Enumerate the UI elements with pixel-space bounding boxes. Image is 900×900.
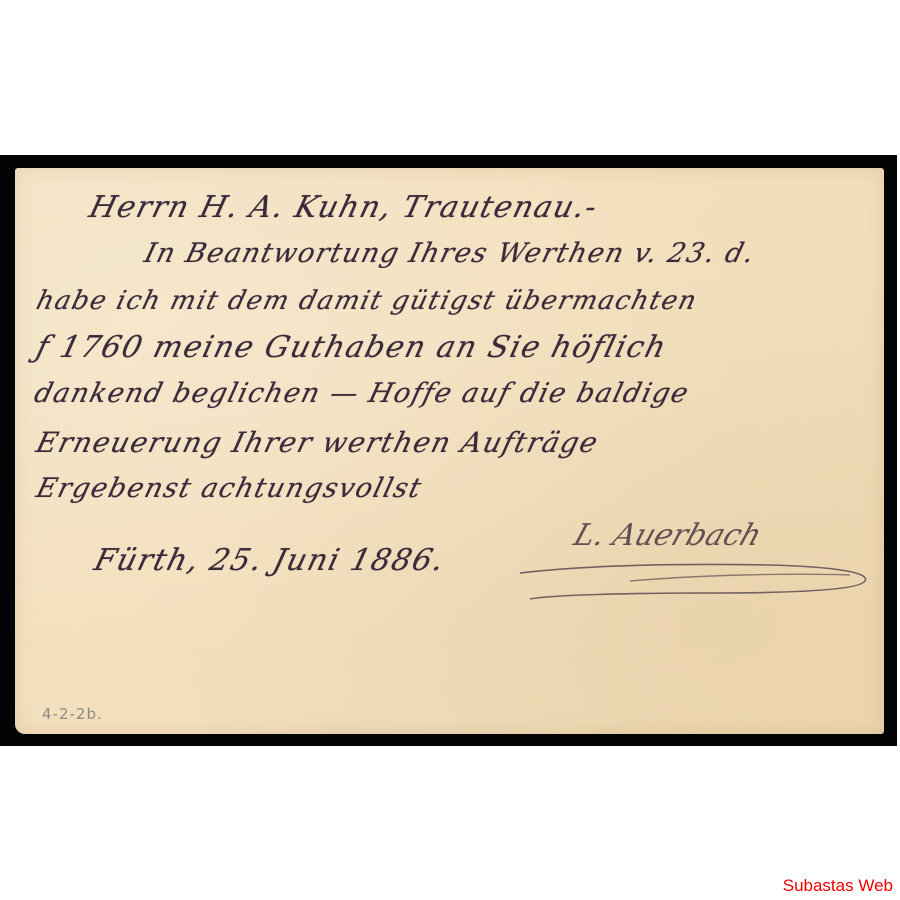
- postcard: Herrn H. A. Kuhn, Trautenau.- In Beantwo…: [15, 168, 884, 734]
- closing-line: Ergebenst achtungsvollst: [33, 473, 425, 504]
- message-line-1: In Beantwortung Ihres Werthen v. 23. d.: [141, 238, 758, 269]
- pencil-note: 4-2-2b.: [42, 705, 103, 723]
- message-line-2: habe ich mit dem damit gütigst übermacht…: [33, 286, 700, 316]
- message-line-3: ƒ 1760 meine Guthaben an Sie höflich: [33, 330, 671, 365]
- message-line-5: Erneuerung Ihrer werthen Aufträge: [33, 426, 603, 459]
- address-line: Herrn H. A. Kuhn, Trautenau.-: [86, 190, 602, 225]
- watermark-text: Subastas Web: [783, 876, 893, 896]
- place-date-line: Fürth, 25. Juni 1886.: [91, 543, 449, 578]
- message-line-4: dankend beglichen — Hoffe auf die baldig…: [31, 378, 693, 409]
- signature: L. Auerbach: [569, 518, 766, 553]
